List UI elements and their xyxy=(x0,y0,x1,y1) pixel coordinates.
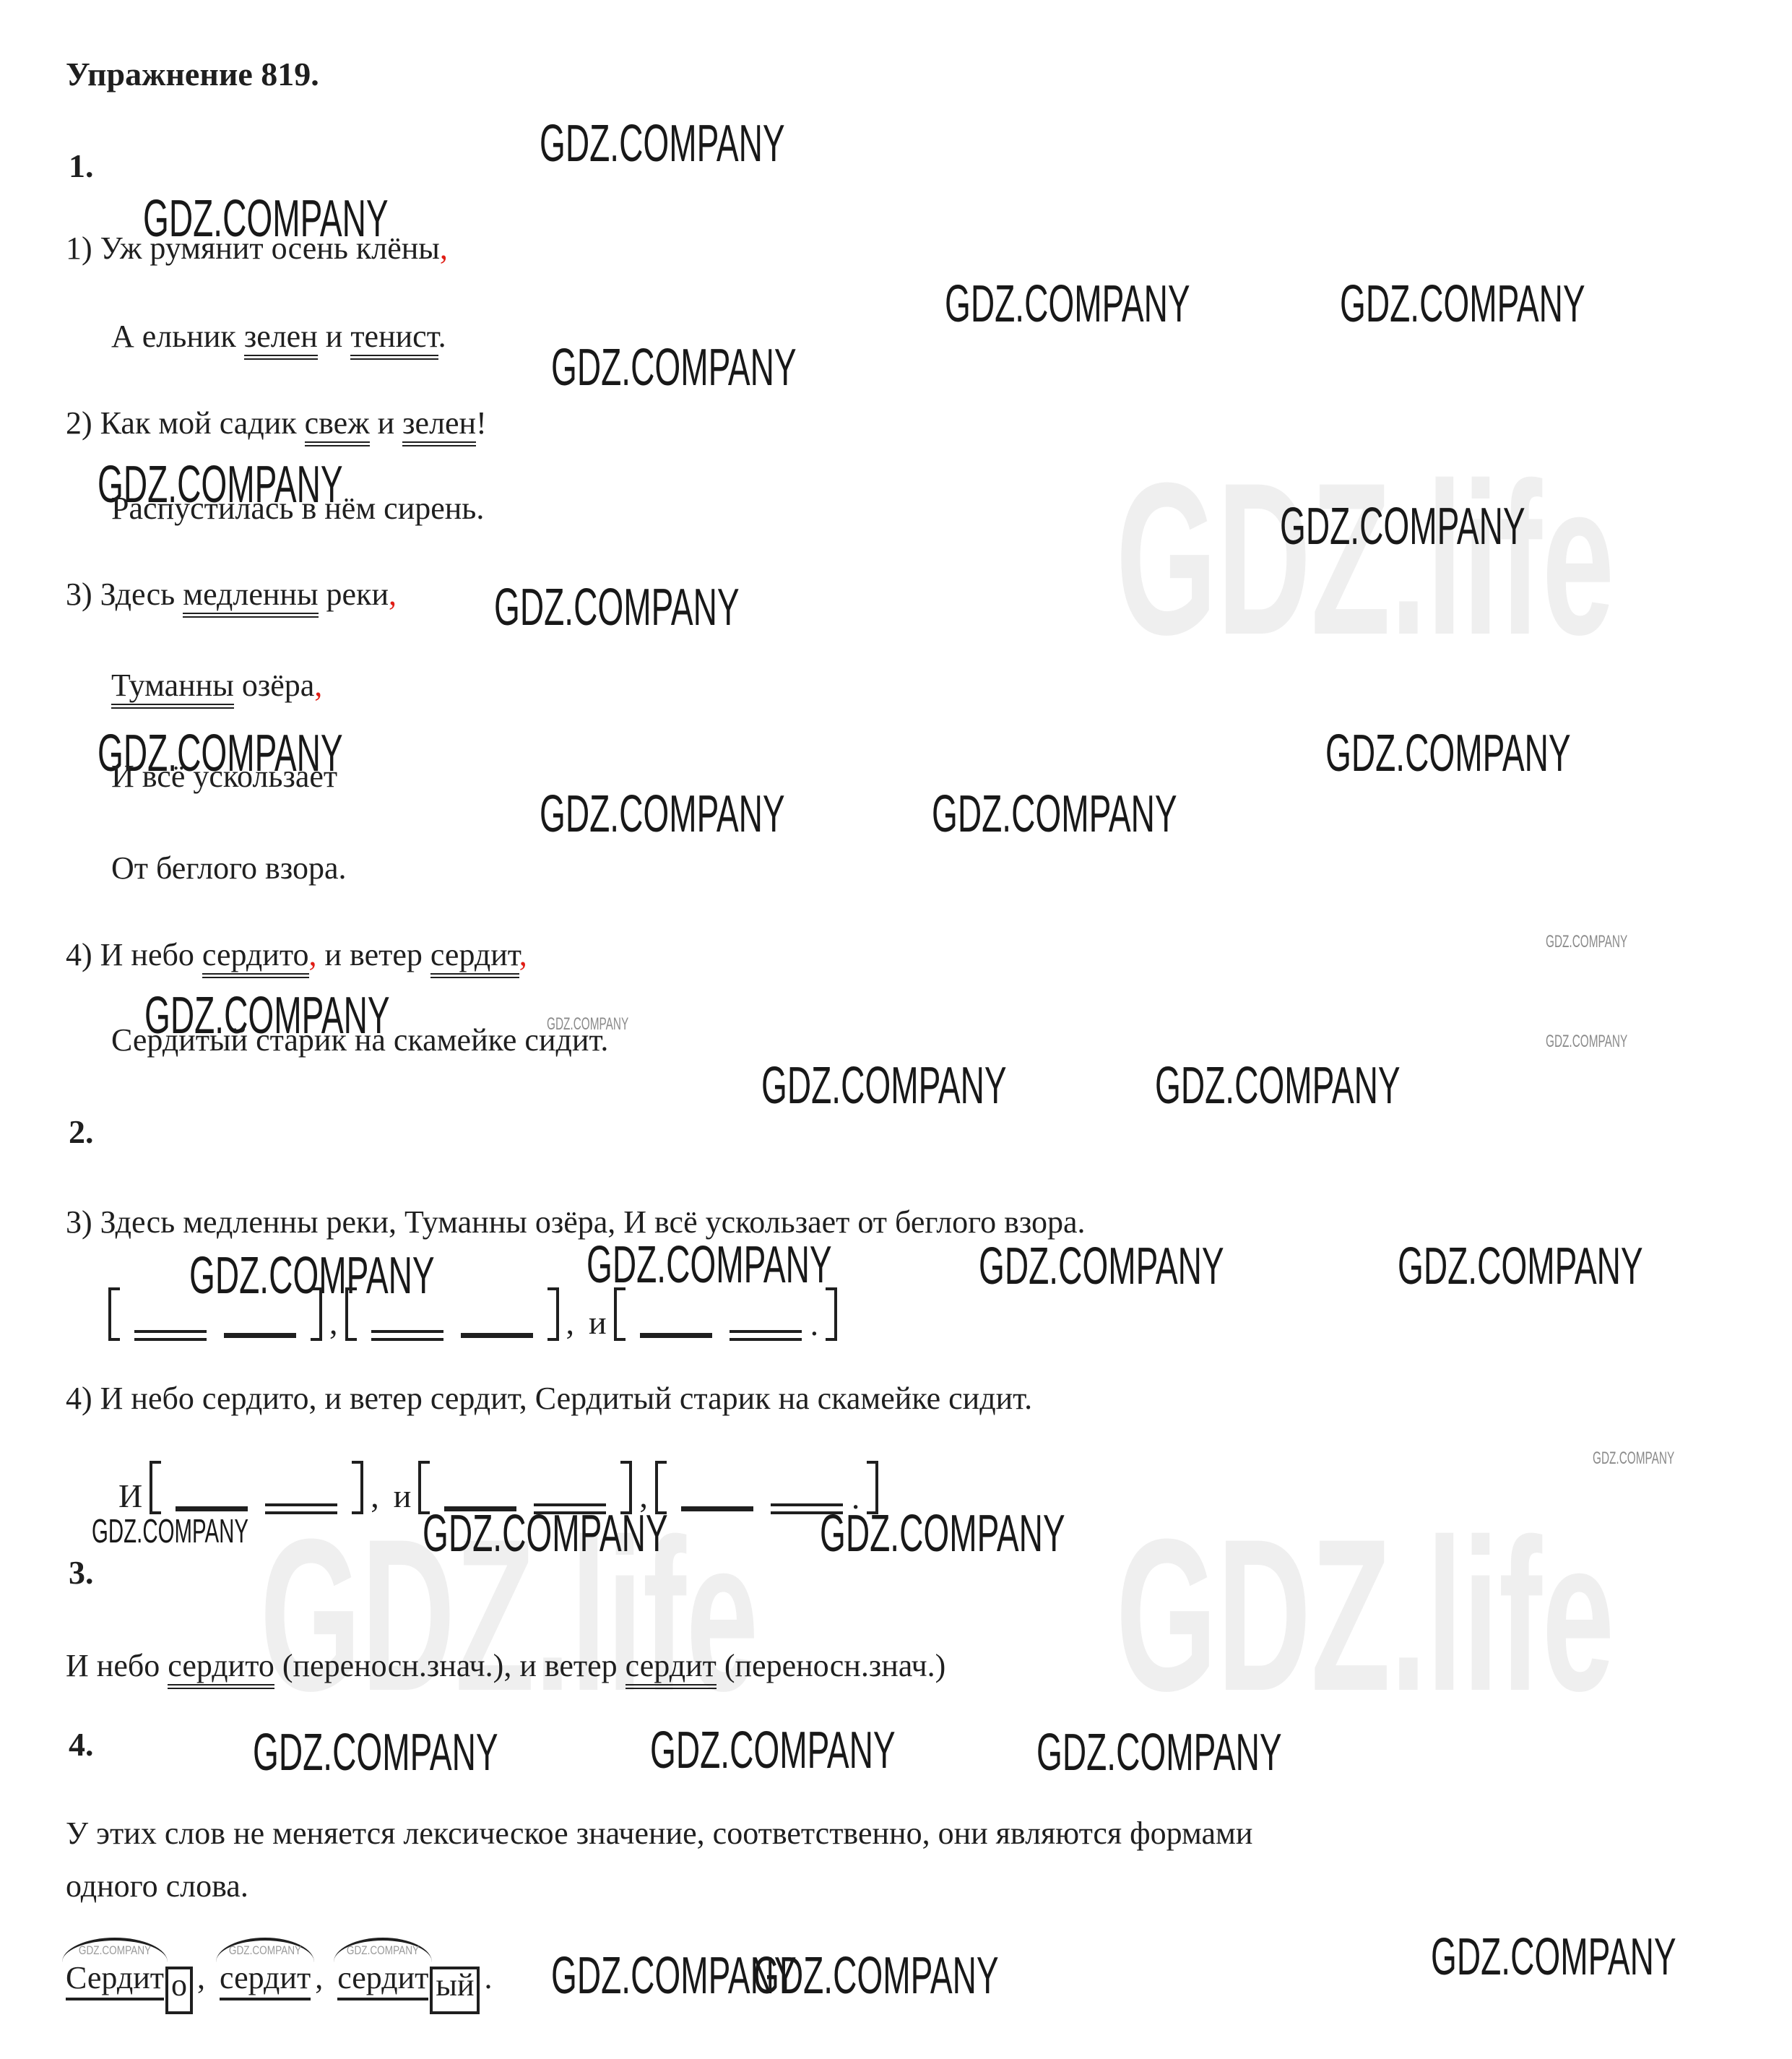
text-segment: 3. xyxy=(69,1554,94,1591)
right-bracket xyxy=(826,1287,837,1341)
poem-line-5: 3) Здесь медленны реки, xyxy=(66,576,397,613)
right-bracket xyxy=(867,1461,878,1514)
text-segment: 1. xyxy=(69,147,94,184)
site-watermark: GDZ.COMPANY xyxy=(586,1235,832,1295)
sentence-schema-3: ,,и. xyxy=(108,1287,837,1341)
section-3-sentence: И небо сердито (переносн.знач.), и ветер… xyxy=(66,1647,945,1685)
site-watermark: GDZ.COMPANY xyxy=(1546,932,1627,952)
site-watermark: GDZ.COMPANY xyxy=(1325,724,1571,783)
root-arc: GDZ.COMPANY xyxy=(334,1938,432,1962)
schema-text: И xyxy=(118,1480,142,1514)
text-segment: реки xyxy=(319,577,389,612)
left-bracket xyxy=(418,1461,430,1514)
site-watermark: GDZ.COMPANY xyxy=(932,785,1177,844)
root-arc: GDZ.COMPANY xyxy=(62,1938,168,1962)
site-watermark: GDZ.COMPANY xyxy=(1546,1032,1627,1052)
red-comma: , xyxy=(314,668,322,703)
predicate-underlined-word: сердит xyxy=(430,937,519,978)
site-watermark: GDZ.COMPANY xyxy=(1593,1449,1674,1469)
predicate-underlined-word: тенист xyxy=(350,319,438,360)
red-comma: , xyxy=(309,937,317,972)
site-watermark: GDZ.COMPANY xyxy=(540,785,785,844)
right-bracket xyxy=(352,1461,363,1514)
predicate-underlined-word: медленны xyxy=(183,577,318,618)
poem-line-6: Туманны озёра, xyxy=(111,667,322,704)
word-root: сердит xyxy=(220,1960,311,2000)
schema-text: , xyxy=(371,1480,379,1514)
site-watermark: GDZ.COMPANY xyxy=(92,1511,248,1550)
schema-period: . xyxy=(852,1481,860,1514)
text-segment: 2) Как мой садик xyxy=(66,405,305,441)
predicate-underlined-word: зелен xyxy=(402,405,476,446)
text-segment: 4) И небо xyxy=(66,937,202,972)
page-title: Упражнение 819. xyxy=(66,55,319,94)
predicate-line xyxy=(371,1330,443,1341)
site-watermark: GDZ.COMPANY xyxy=(1036,1723,1282,1782)
text-segment: ! xyxy=(476,405,487,441)
poem-line-10: Сердитый старик на скамейке сидит. xyxy=(111,1022,608,1059)
site-watermark: GDZ.COMPANY xyxy=(1340,275,1585,334)
predicate-underlined-word: свеж xyxy=(305,405,370,446)
predicate-line xyxy=(730,1330,802,1341)
text-segment: (переносн.знач.) xyxy=(717,1648,945,1683)
site-watermark: GDZ.COMPANY xyxy=(551,338,797,397)
text-segment: И небо xyxy=(66,1648,168,1683)
site-watermark: GDZ.COMPANY xyxy=(979,1237,1224,1296)
text-segment: (переносн.знач.), и ветер xyxy=(274,1648,626,1683)
section-2-sentence-4: 4) И небо сердито, и ветер сердит, Серди… xyxy=(66,1380,1032,1417)
text-segment: 4. xyxy=(69,1726,94,1763)
subject-line xyxy=(681,1506,753,1511)
red-comma: , xyxy=(519,937,527,972)
schema-period: . xyxy=(810,1308,819,1341)
predicate-line xyxy=(134,1330,207,1341)
text-segment: Упражнение 819. xyxy=(66,56,319,92)
word-form: сердитыйGDZ.COMPANY xyxy=(337,1959,480,2007)
text-segment: 2. xyxy=(69,1113,94,1150)
text-segment: Распустилась в нём сирень. xyxy=(111,491,484,526)
site-watermark: GDZ.COMPANY xyxy=(945,275,1190,334)
site-watermark: GDZ.COMPANY xyxy=(1431,1928,1676,1987)
poem-line-8: От беглого взора. xyxy=(111,850,347,887)
section-4-heading: 4. xyxy=(69,1725,94,1764)
poem-line-7: И всё ускользает xyxy=(111,758,337,795)
word-forms-row: СердитоGDZ.COMPANY,сердитGDZ.COMPANY,сер… xyxy=(66,1959,506,2007)
red-comma: , xyxy=(389,577,397,612)
text-segment: Сердитый старик на скамейке сидит. xyxy=(111,1022,608,1058)
text-segment: и xyxy=(370,405,403,441)
subject-line xyxy=(224,1333,296,1338)
predicate-underlined-word: Туманны xyxy=(111,668,234,709)
predicate-line xyxy=(534,1503,606,1514)
poem-line-4: Распустилась в нём сирень. xyxy=(111,490,484,527)
text-segment: и ветер xyxy=(317,937,430,972)
predicate-underlined-word: сердито xyxy=(202,937,309,978)
text-segment: 1) Уж румянит осень клёны xyxy=(66,230,440,266)
separator: , xyxy=(197,1960,205,1995)
site-watermark: GDZ.COMPANY xyxy=(753,1946,999,2006)
section-2-sentence-3: 3) Здесь медленны реки, Туманны озёра, И… xyxy=(66,1204,1086,1241)
text-segment: А ельник xyxy=(111,319,244,354)
left-bracket xyxy=(655,1461,667,1514)
site-watermark: GDZ.COMPANY xyxy=(494,578,740,637)
text-segment: От беглого взора. xyxy=(111,850,347,886)
giant-background-watermark: GDZ.life xyxy=(1116,1490,1614,1740)
subject-line xyxy=(640,1333,712,1338)
text-segment: У этих слов не меняется лексическое знач… xyxy=(66,1816,1252,1851)
left-bracket xyxy=(614,1287,626,1341)
poem-line-9: 4) И небо сердито, и ветер сердит, xyxy=(66,936,527,974)
site-watermark: GDZ.COMPANY xyxy=(650,1721,896,1780)
arc-watermark-label: GDZ.COMPANY xyxy=(344,1943,423,1958)
section-3-heading: 3. xyxy=(69,1553,94,1592)
word-root: Сердит xyxy=(66,1960,164,2000)
text-segment: 3) Здесь медленны реки, Туманны озёра, И… xyxy=(66,1204,1086,1240)
word-root: сердит xyxy=(337,1960,428,2000)
arc-watermark-label: GDZ.COMPANY xyxy=(73,1943,157,1958)
section-1-heading: 1. xyxy=(69,147,94,186)
giant-background-watermark: GDZ.life xyxy=(1116,433,1614,683)
poem-line-3: 2) Как мой садик свеж и зелен! xyxy=(66,405,487,442)
word-form: сердитGDZ.COMPANY xyxy=(220,1959,311,1996)
word-form: СердитоGDZ.COMPANY xyxy=(66,1959,193,2007)
left-bracket xyxy=(150,1461,161,1514)
site-watermark: GDZ.COMPANY xyxy=(1155,1056,1401,1115)
arc-watermark-label: GDZ.COMPANY xyxy=(226,1943,305,1958)
schema-text: , xyxy=(329,1306,338,1341)
text-segment: и xyxy=(318,319,351,354)
red-comma: , xyxy=(440,230,448,266)
right-bracket xyxy=(547,1287,559,1341)
text-segment: 3) Здесь xyxy=(66,577,183,612)
word-ending-box: ый xyxy=(430,1967,480,2014)
predicate-line xyxy=(265,1503,337,1514)
subject-line xyxy=(444,1506,516,1511)
left-bracket xyxy=(345,1287,357,1341)
site-watermark: GDZ.COMPANY xyxy=(540,114,785,173)
site-watermark: GDZ.COMPANY xyxy=(761,1056,1007,1115)
subject-line xyxy=(176,1506,248,1511)
right-bracket xyxy=(311,1287,322,1341)
section-4-paragraph-line-1: У этих слов не меняется лексическое знач… xyxy=(66,1815,1252,1852)
text-segment: И всё ускользает xyxy=(111,759,337,794)
right-bracket xyxy=(620,1461,632,1514)
poem-line-2: А ельник зелен и тенист. xyxy=(111,318,446,355)
predicate-line xyxy=(771,1503,843,1514)
document-page: GDZ.lifeGDZ.lifeGDZ.lifeGDZ.COMPANYGDZ.C… xyxy=(0,0,1792,2059)
root-arc: GDZ.COMPANY xyxy=(216,1938,314,1962)
separator: . xyxy=(484,1960,492,1995)
site-watermark: GDZ.COMPANY xyxy=(1280,497,1525,556)
section-2-heading: 2. xyxy=(69,1113,94,1152)
text-segment: 4) И небо сердито, и ветер сердит, Серди… xyxy=(66,1381,1032,1416)
text-segment: одного слова. xyxy=(66,1868,248,1904)
text-segment: . xyxy=(438,319,446,354)
word-ending-box: о xyxy=(165,1967,193,2014)
schema-text: и xyxy=(394,1480,412,1514)
left-bracket xyxy=(108,1287,120,1341)
section-4-paragraph-line-2: одного слова. xyxy=(66,1868,248,1905)
predicate-underlined-word: сердит xyxy=(626,1648,717,1689)
site-watermark: GDZ.COMPANY xyxy=(253,1723,498,1782)
site-watermark: GDZ.COMPANY xyxy=(1398,1237,1643,1296)
text-segment: озёра xyxy=(234,668,314,703)
subject-line xyxy=(461,1333,533,1338)
predicate-underlined-word: сердито xyxy=(168,1648,274,1689)
schema-text: , xyxy=(639,1480,648,1514)
separator: , xyxy=(315,1960,323,1995)
schema-text: , xyxy=(566,1306,575,1341)
schema-text: и xyxy=(589,1306,607,1341)
poem-line-1: 1) Уж румянит осень клёны, xyxy=(66,230,448,267)
sentence-schema-4: И,и,. xyxy=(111,1461,878,1514)
predicate-underlined-word: зелен xyxy=(244,319,318,360)
